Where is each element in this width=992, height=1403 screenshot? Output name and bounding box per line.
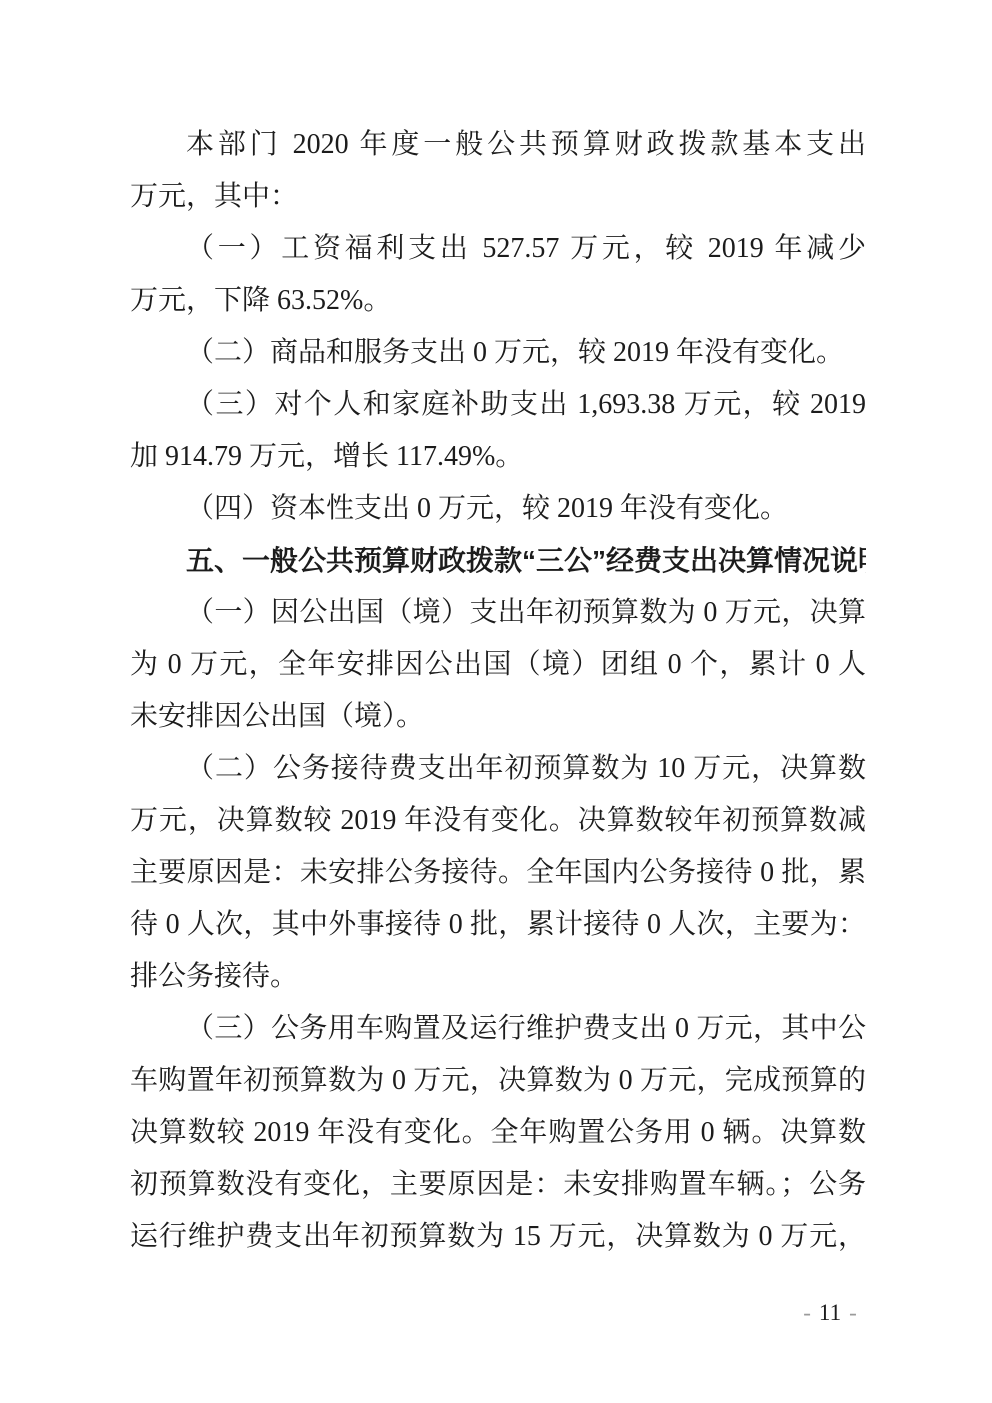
text-line: 初预算数没有变化，主要原因是：未安排购置车辆。；公务用车 — [130, 1159, 866, 1211]
section-heading: 五、一般公共预算财政拨款“三公”经费支出决算情况说明 — [130, 535, 866, 587]
text-line: 主要原因是：未安排公务接待。全年国内公务接待 0 批，累计接 — [130, 847, 866, 899]
text-line: 运行维护费支出年初预算数为 15 万元，决算数为 0 万元，完成 — [130, 1211, 866, 1263]
text-line: （三）对个人和家庭补助支出 1,693.38 万元，较 2019 年增 — [130, 379, 866, 431]
page-number-dash-left: - — [795, 1300, 819, 1325]
text-line: 未安排因公出国（境）。 — [130, 691, 866, 743]
text-line: 车购置年初预算数为 0 万元，决算数为 0 万元，完成预算的 0%， — [130, 1055, 866, 1107]
text-line: （三）公务用车购置及运行维护费支出 0 万元，其中公务用 — [130, 1003, 866, 1055]
text-line: （二）商品和服务支出 0 万元，较 2019 年没有变化。 — [130, 327, 866, 379]
text-line: 加 914.79 万元，增长 117.49%。 — [130, 431, 866, 483]
page-body: 本部门 2020 年度一般公共预算财政拨款基本支出 2,220.94 万元，其中… — [130, 119, 866, 1263]
document-page: 本部门 2020 年度一般公共预算财政拨款基本支出 2,220.94 万元，其中… — [0, 0, 992, 1403]
text-line: 待 0 人次，其中外事接待 0 批，累计接待 0 人次，主要为：未安 — [130, 899, 866, 951]
text-line: 排公务接待。 — [130, 951, 866, 1003]
text-line: 本部门 2020 年度一般公共预算财政拨款基本支出 2,220.94 — [130, 119, 866, 171]
text-line: （四）资本性支出 0 万元，较 2019 年没有变化。 — [130, 483, 866, 535]
page-number-dash-right: - — [841, 1300, 865, 1325]
text-line: 为 0 万元，全年安排因公出国（境）团组 0 个，累计 0 人次， — [130, 639, 866, 691]
text-line: （二）公务接待费支出年初预算数为 10 万元，决算数为 0 — [130, 743, 866, 795]
text-line: 万元，其中： — [130, 171, 866, 223]
page-number: 11 — [819, 1300, 841, 1325]
text-line: （一）工资福利支出 527.57 万元，较 2019 年减少 918.72 — [130, 223, 866, 275]
text-line: （一）因公出国（境）支出年初预算数为 0 万元，决算数 — [130, 587, 866, 639]
text-line: 万元，下降 63.52%。 — [130, 275, 866, 327]
page-footer: -11- — [780, 1296, 880, 1330]
text-line: 万元，决算数较 2019 年没有变化。决算数较年初预算数减少的 — [130, 795, 866, 847]
text-line: 决算数较 2019 年没有变化。全年购置公务用 0 辆。决算数较年 — [130, 1107, 866, 1159]
